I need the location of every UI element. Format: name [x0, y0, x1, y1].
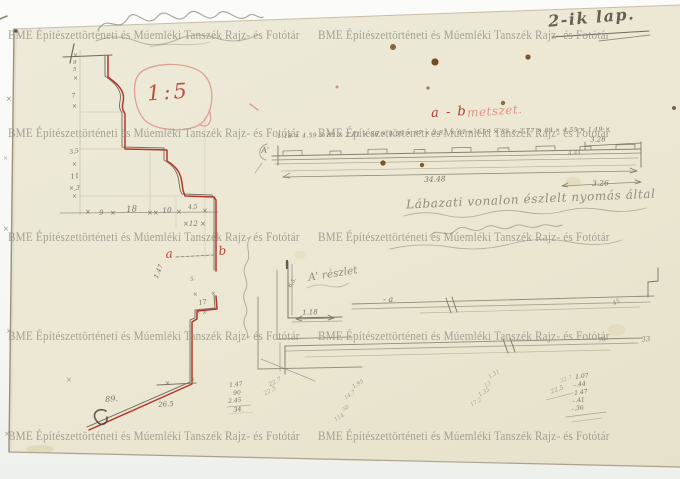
annotation-layer: 1.18 × 4.59 × 89 × 2.81 × 86 × 4.59 × 87… — [0, 0, 680, 479]
profile-dim-x3: × — [72, 104, 77, 110]
scribble-14-7: 14.7 — [344, 391, 357, 402]
base-dim-xc: ×× — [147, 210, 159, 217]
base-dim-xa: × — [85, 209, 91, 216]
base-dim-4-5: 4,5 — [188, 204, 198, 211]
scribble-22-7b: 22.7 — [560, 375, 573, 385]
edge-mark-4: × — [6, 328, 12, 335]
profile-dim-5: 5 — [73, 68, 77, 74]
profile-dim-x1: × — [73, 53, 78, 59]
dim-34-48: 34.48 — [424, 175, 446, 183]
base-x2: × — [190, 377, 195, 383]
dim-45: 45 — [612, 298, 622, 307]
edge-mark-1: × — [6, 96, 12, 103]
profile-dim-x-3: ×,3 — [69, 186, 80, 192]
scribble-114: 114 — [334, 413, 346, 423]
base-x3: × — [66, 377, 72, 384]
step-x1: × — [193, 293, 198, 299]
base-dim-12: ×12 × — [183, 221, 206, 228]
scribble-22-5: 22.5 — [263, 386, 278, 398]
calc-2-45: 2.45 — [228, 398, 242, 405]
base-dim-18: 18 — [126, 205, 137, 214]
base-dim-xb: × — [110, 210, 116, 217]
calc2-36: –.36 — [571, 405, 584, 413]
edge-mark-2: × — [3, 156, 8, 162]
ref-a-mid: - a — [383, 296, 393, 304]
profile-dim-x2: × — [73, 76, 78, 82]
edge-mark-5: × — [4, 431, 10, 438]
profile-dim-x4: × — [72, 162, 77, 168]
scribble-17-2: 17.2 — [470, 398, 483, 409]
dim-3-28: 3.28 — [590, 136, 606, 144]
section-end-label-A: A' — [261, 146, 270, 155]
calc-1-47: 1.47 — [229, 382, 243, 389]
profile-dim-3-5: 3,5 — [69, 148, 79, 156]
base-dim-xe: × — [202, 208, 208, 215]
edge-mark-3: × — [3, 226, 9, 233]
step-dim-17: 17 — [198, 299, 207, 307]
scribble-1-31: 1.31 — [488, 370, 501, 381]
scribble-1-95: 1.95 — [352, 380, 365, 391]
dim-33: 33 — [641, 336, 651, 344]
dim-4-44: 4.44 — [568, 151, 581, 158]
ref-letter-b: b — [218, 244, 227, 257]
profile-dim-11: 11 — [70, 173, 80, 181]
dim-3-26: 3.26 — [592, 179, 609, 187]
base-dim-xd: × — [176, 209, 182, 216]
ref-letter-a: a — [165, 247, 173, 260]
scribble-22-5b: 22.5 — [550, 385, 565, 396]
detail-dim-6-5: 6,5. — [288, 277, 299, 289]
profile-dim-7: 7 — [71, 92, 76, 99]
dim-89: 89. — [105, 395, 118, 404]
calc-34: 34 — [233, 406, 242, 413]
profile-dim-9: 9 — [73, 61, 77, 67]
base-dim-10: 10 — [162, 207, 172, 215]
step-x2: × — [211, 292, 216, 298]
dim-1-47-rot: 1.47 — [153, 264, 164, 280]
dim-26-5: 26.5 — [158, 401, 174, 409]
detail-dim-1-18: 1.18 — [302, 309, 318, 317]
step-x3: × × — [196, 311, 207, 317]
scanned-drawing-sheet: 2-ik lap. 1:5 a - b metszet. Lábazati vo… — [0, 0, 680, 479]
step-dim-5: 5. — [190, 277, 196, 283]
dim-78: 78 — [598, 337, 606, 344]
base-x1: × — [165, 381, 170, 387]
base-dim-9: 9 — [99, 210, 104, 217]
profile-dim-x5: × — [72, 194, 77, 200]
dim-chain-top: 1.18 × 4.59 × 89 × 2.81 × 86 × 4.59 × 87… — [277, 127, 611, 140]
